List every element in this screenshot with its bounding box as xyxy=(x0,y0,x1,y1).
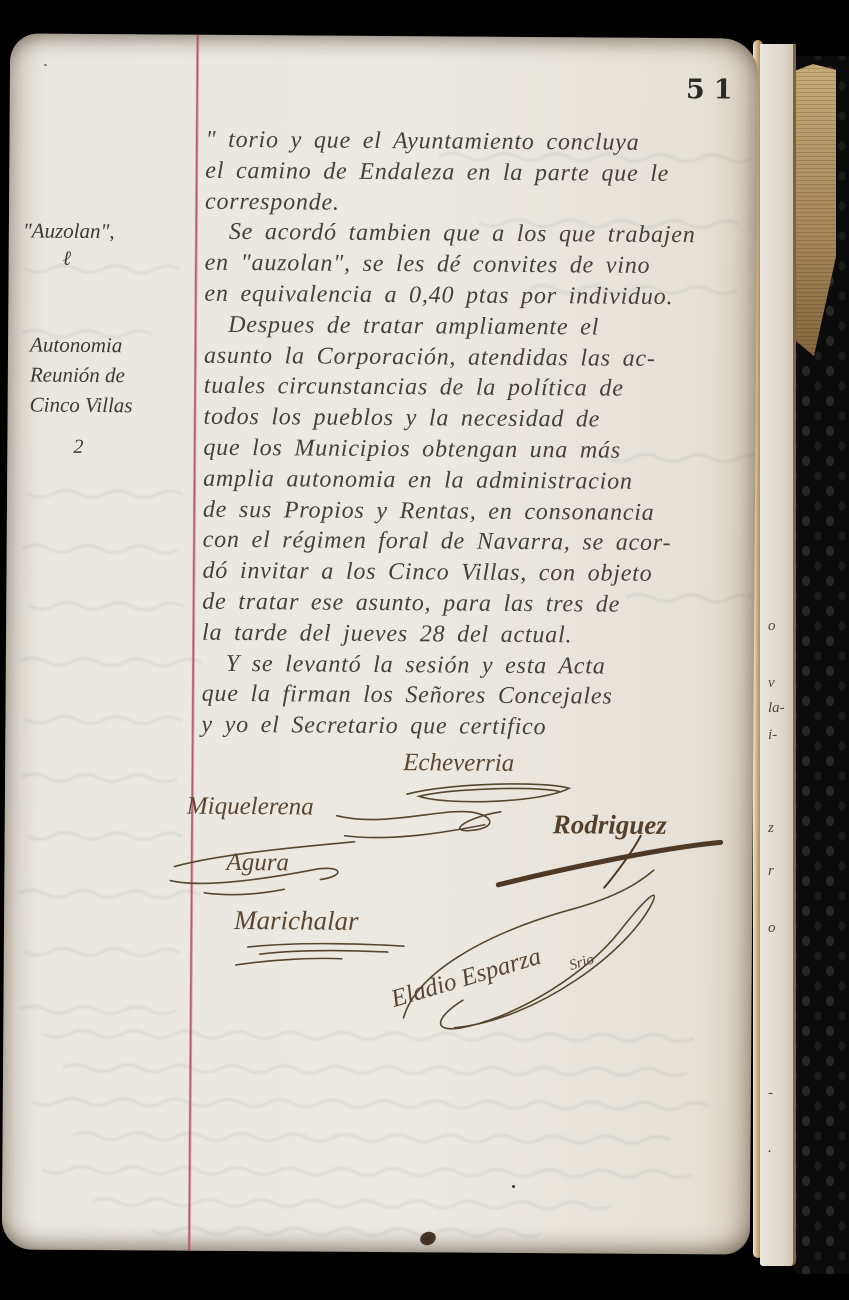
margin-note-line: Reunión de xyxy=(30,360,133,391)
margin-note-autonomia: Autonomia Reunión de Cinco Villas xyxy=(30,330,133,421)
body-line: en equivalencia a 0,40 ptas por individu… xyxy=(204,279,760,314)
margin-note-autonomia-mark: 2 xyxy=(73,436,83,459)
edge-fragment: la- xyxy=(768,700,785,717)
signature-marichalar: Marichalar xyxy=(234,905,359,937)
scanned-book-photo: o v la- i- z r o - . 51 "Auzolan", ℓ Aut… xyxy=(0,0,849,1300)
body-text: " torio y que el Ayuntamiento concluya e… xyxy=(201,125,761,745)
body-line: el camino de Endaleza en la parte que le xyxy=(205,156,761,191)
page-number: 51 xyxy=(686,74,742,105)
margin-note-auzolan-mark: ℓ xyxy=(63,248,72,271)
body-line: Despues de tratar ampliamente el xyxy=(204,310,760,345)
body-line: tuales circunstancias de la política de xyxy=(204,371,760,406)
body-line: corresponde. xyxy=(205,186,761,221)
body-line: todos los pueblos y la necesidad de xyxy=(203,402,759,437)
margin-note-line: Autonomia xyxy=(30,330,133,361)
edge-fragment: o xyxy=(768,920,776,937)
body-line: Y se levantó la sesión y esta Acta xyxy=(202,648,758,683)
body-line: amplia autonomia en la administracion xyxy=(203,464,759,499)
edge-fragment: - xyxy=(768,1085,773,1102)
signature-flourish xyxy=(335,802,505,843)
body-line: " torio y que el Ayuntamiento concluya xyxy=(205,125,761,160)
edge-fragment: z xyxy=(768,820,774,837)
body-line: que la firman los Señores Concejales xyxy=(202,679,758,714)
margin-note-auzolan: "Auzolan", xyxy=(23,215,115,246)
body-line: la tarde del jueves 28 del actual. xyxy=(202,618,758,653)
body-line: con el régimen foral de Navarra, se acor… xyxy=(203,525,759,560)
body-line: de tratar ese asunto, para las tres de xyxy=(202,587,758,622)
paper-speck xyxy=(44,64,47,66)
edge-fragment: i- xyxy=(768,727,777,744)
signature-flourish xyxy=(164,837,364,898)
body-line: asunto la Corporación, atendidas las ac- xyxy=(204,340,760,375)
manuscript-page: 51 "Auzolan", ℓ Autonomia Reunión de Cin… xyxy=(2,33,758,1254)
signature-echeverria: Echeverria xyxy=(403,749,514,778)
edge-fragment: . xyxy=(768,1140,772,1157)
edge-fragment: o xyxy=(768,618,776,635)
body-line: y yo el Secretario que certifico xyxy=(201,710,757,745)
edge-fragment: v xyxy=(768,675,775,692)
signature-miquelerena: Miquelerena xyxy=(187,793,314,822)
signature-esparza-block: Eladio Esparza Srio xyxy=(371,865,693,1066)
next-page-sliver: o v la- i- z r o - . xyxy=(760,44,796,1266)
edge-fragment: r xyxy=(768,863,774,880)
body-line: en "auzolan", se les dé convites de vino xyxy=(205,248,761,283)
body-line: de sus Propios y Rentas, en consonancia xyxy=(203,494,759,529)
margin-note-line: Cinco Villas xyxy=(30,390,133,421)
body-line: Se acordó tambien que a los que trabajen xyxy=(205,217,761,252)
red-margin-rule xyxy=(188,35,199,1251)
body-line: que los Municipios obtengan una más xyxy=(203,433,759,468)
body-line: dó invitar a los Cinco Villas, con objet… xyxy=(202,556,758,591)
paper-speck xyxy=(512,1185,515,1188)
